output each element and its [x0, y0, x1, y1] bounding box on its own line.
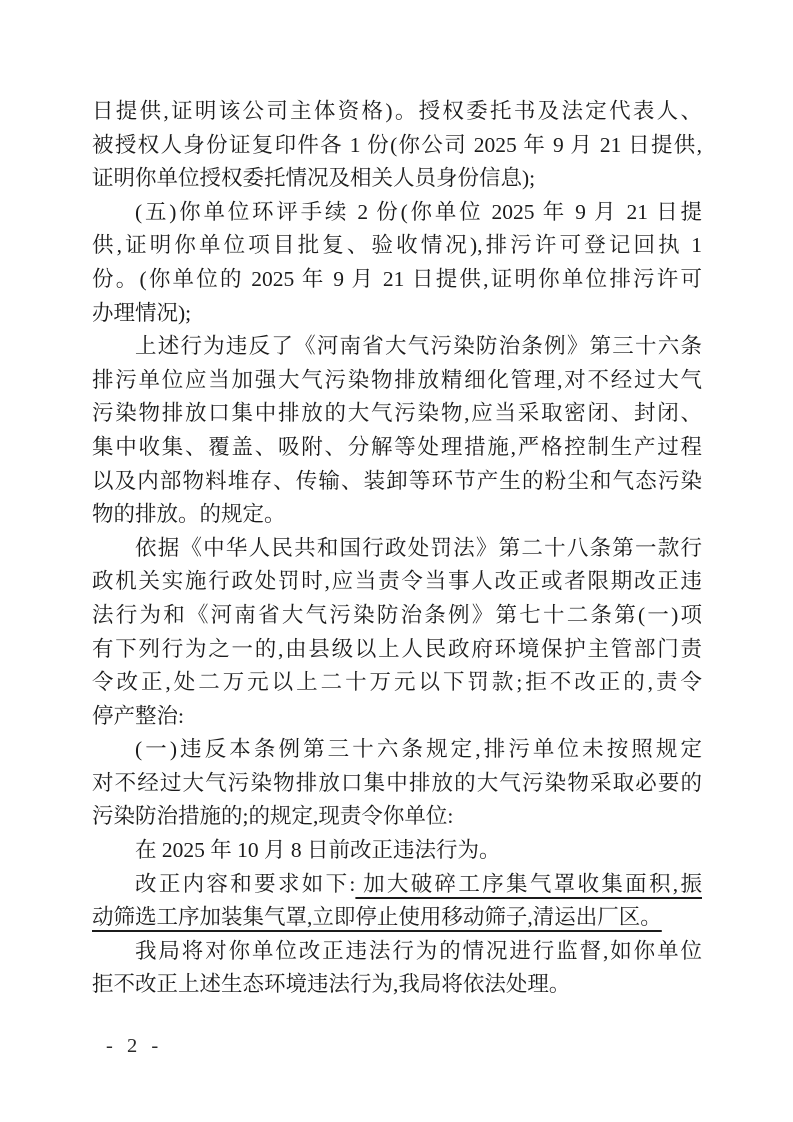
paragraph: 依据《中华人民共和国行政处罚法》第二十八条第一款行政机关实施行政处罚时,应当责令… — [92, 532, 702, 734]
text-line: 集中收集、覆盖、吸附、分解等处理措施,严格控制生产过程 — [92, 431, 702, 465]
page-number: - 2 - — [106, 1035, 161, 1058]
document-page: 日提供,证明该公司主体资格)。授权委托书及法定代表人、被授权人身份证复印件各 1… — [0, 0, 793, 1122]
text-line: 排污单位应当加强大气污染物排放精细化管理,对不经过大气 — [92, 364, 702, 398]
text-line: (一)违反本条例第三十六条规定,排污单位未按照规定 — [92, 733, 702, 767]
text-line: 对不经过大气污染物排放口集中排放的大气污染物采取必要的 — [92, 767, 702, 801]
paragraph: 我局将对你单位改正违法行为的情况进行监督,如你单位拒不改正上述生态环境违法行为,… — [92, 935, 702, 1002]
text-line: 动筛选工序加装集气罩,立即停止使用移动筛子,清运出厂区。 — [92, 901, 702, 935]
underlined-text: 加大破碎工序集气罩收集面积,振 — [355, 872, 702, 896]
text-line: 物的排放。的规定。 — [92, 498, 702, 532]
text-line: 拒不改正上述生态环境违法行为,我局将依法处理。 — [92, 968, 702, 1002]
document-body: 日提供,证明该公司主体资格)。授权委托书及法定代表人、被授权人身份证复印件各 1… — [92, 95, 702, 1002]
text-line: 上述行为违反了《河南省大气污染防治条例》第三十六条 — [92, 330, 702, 364]
text-line: 有下列行为之一的,由县级以上人民政府环境保护主管部门责 — [92, 633, 702, 667]
text-line: 依据《中华人民共和国行政处罚法》第二十八条第一款行 — [92, 532, 702, 566]
text-line: 证明你单位授权委托情况及相关人员身份信息); — [92, 162, 702, 196]
paragraph: (五)你单位环评手续 2 份(你单位 2025 年 9 月 21 日提供,证明你… — [92, 196, 702, 330]
text-line: 法行为和《河南省大气污染防治条例》第七十二条第(一)项 — [92, 599, 702, 633]
text-line: 日提供,证明该公司主体资格)。授权委托书及法定代表人、 — [92, 95, 702, 129]
paragraph: (一)违反本条例第三十六条规定,排污单位未按照规定对不经过大气污染物排放口集中排… — [92, 733, 702, 834]
text-line: 令改正,处二万元以上二十万元以下罚款;拒不改正的,责令 — [92, 666, 702, 700]
text-segment: 改正内容和要求如下: — [135, 872, 355, 896]
text-line: 我局将对你单位改正违法行为的情况进行监督,如你单位 — [92, 935, 702, 969]
underlined-text: 动筛选工序加装集气罩,立即停止使用移动筛子,清运出厂区。 — [92, 905, 662, 929]
text-line: 政机关实施行政处罚时,应当责令当事人改正或者限期改正违 — [92, 565, 702, 599]
paragraph: 在 2025 年 10 月 8 日前改正违法行为。 — [92, 834, 702, 868]
text-line: 份。(你单位的 2025 年 9 月 21 日提供,证明你单位排污许可 — [92, 263, 702, 297]
text-line: 办理情况); — [92, 297, 702, 331]
text-line: 以及内部物料堆存、传输、装卸等环节产生的粉尘和气态污染 — [92, 465, 702, 499]
paragraph: 改正内容和要求如下: 加大破碎工序集气罩收集面积,振动筛选工序加装集气罩,立即停… — [92, 868, 702, 935]
text-line: 被授权人身份证复印件各 1 份(你公司 2025 年 9 月 21 日提供, — [92, 129, 702, 163]
text-line: 供,证明你单位项目批复、验收情况),排污许可登记回执 1 — [92, 229, 702, 263]
text-line: 改正内容和要求如下: 加大破碎工序集气罩收集面积,振 — [92, 868, 702, 902]
text-line: 停产整治: — [92, 700, 702, 734]
text-line: 污染防治措施的;的规定,现责令你单位: — [92, 800, 702, 834]
text-line: 污染物排放口集中排放的大气污染物,应当采取密闭、封闭、 — [92, 397, 702, 431]
paragraph: 日提供,证明该公司主体资格)。授权委托书及法定代表人、被授权人身份证复印件各 1… — [92, 95, 702, 196]
text-line: 在 2025 年 10 月 8 日前改正违法行为。 — [92, 834, 702, 868]
text-line: (五)你单位环评手续 2 份(你单位 2025 年 9 月 21 日提 — [92, 196, 702, 230]
paragraph: 上述行为违反了《河南省大气污染防治条例》第三十六条排污单位应当加强大气污染物排放… — [92, 330, 702, 532]
